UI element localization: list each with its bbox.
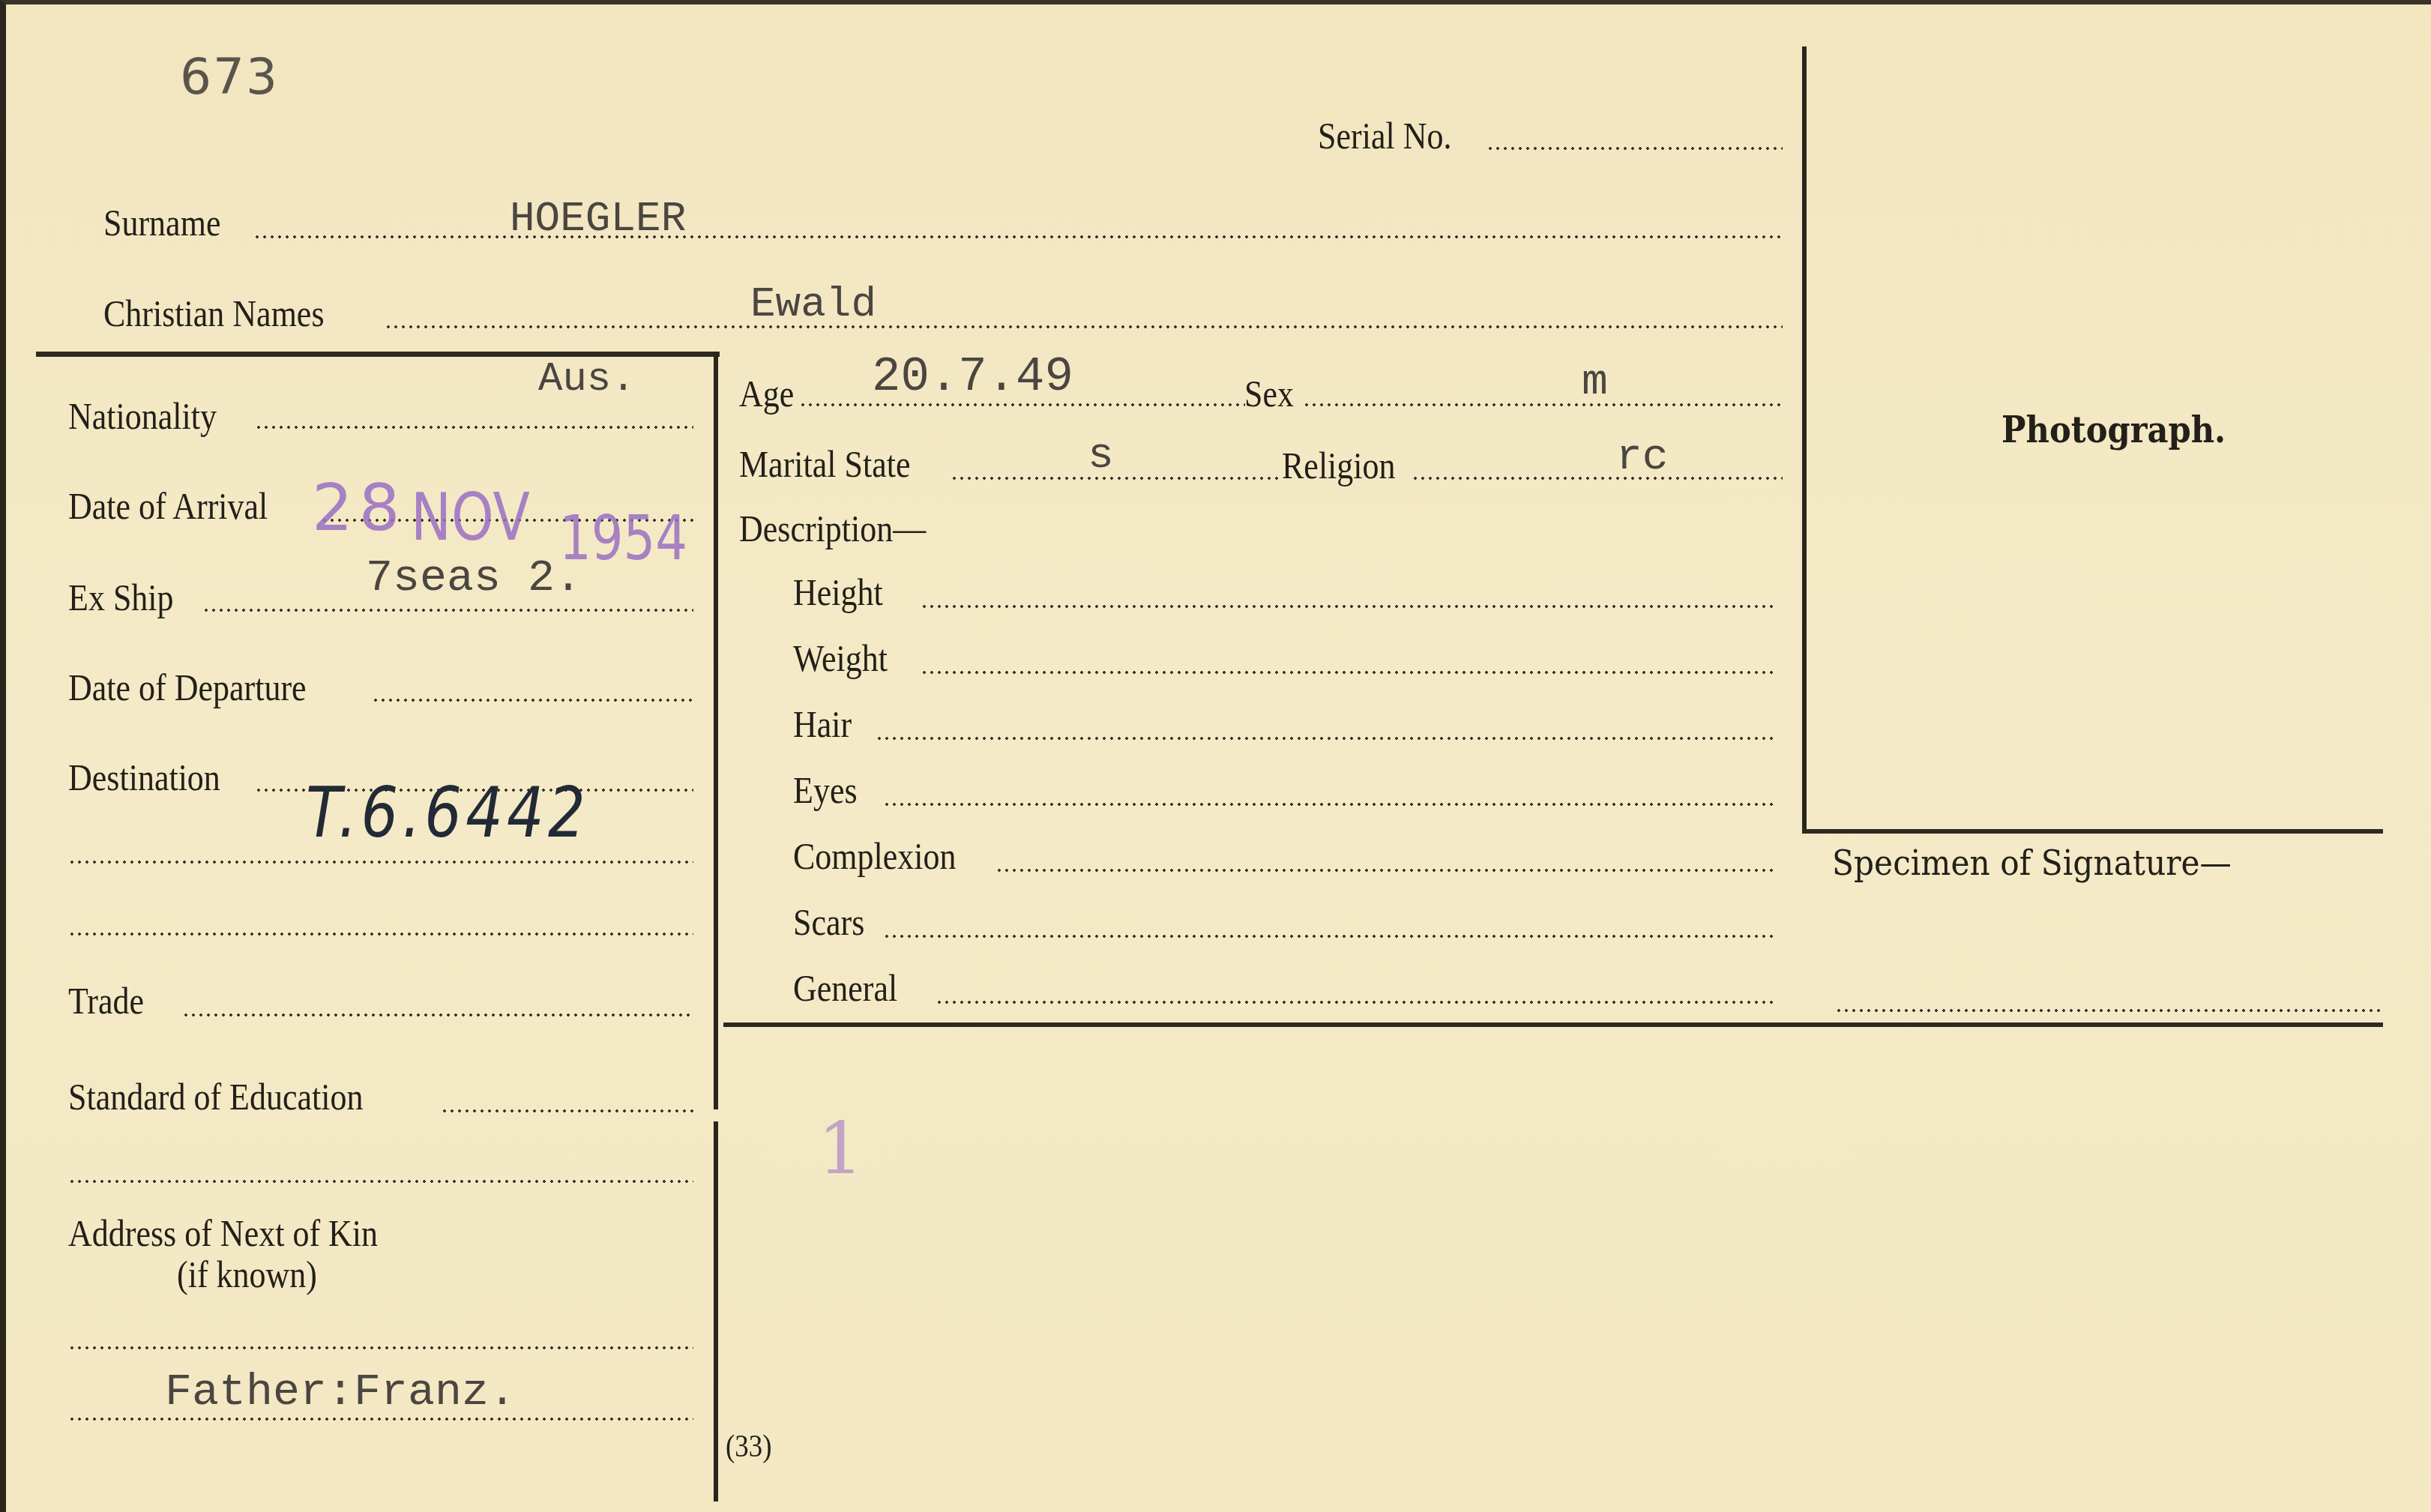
description-complexion-label: Complexion bbox=[793, 834, 957, 878]
signature-label: Specimen of Signature— bbox=[1832, 843, 2232, 883]
purple-mark: 1 bbox=[818, 1106, 864, 1190]
surname-value: HOEGLER bbox=[510, 195, 686, 243]
trade-label: Trade bbox=[68, 979, 144, 1022]
arrival-date-stamp-day: 28 bbox=[312, 471, 406, 546]
ex-ship-field[interactable] bbox=[202, 609, 693, 612]
destination-field-3[interactable] bbox=[68, 933, 693, 936]
description-eyes-label: Eyes bbox=[793, 768, 858, 812]
signature-field[interactable] bbox=[1835, 1009, 2382, 1012]
nationality-label: Nationality bbox=[68, 394, 217, 438]
next-of-kin-sublabel: (if known) bbox=[177, 1253, 317, 1296]
age-label: Age bbox=[739, 372, 794, 415]
photograph-box-bottom-border bbox=[1802, 829, 2383, 834]
description-label: Description— bbox=[739, 507, 926, 550]
surname-field[interactable] bbox=[253, 235, 1783, 238]
religion-label: Religion bbox=[1282, 444, 1396, 487]
description-weight-label: Weight bbox=[793, 636, 888, 680]
description-bottom-rule bbox=[723, 1022, 2383, 1027]
form-code: (33) bbox=[726, 1429, 772, 1465]
sex-field[interactable] bbox=[1303, 403, 1783, 406]
serial-no-label: Serial No. bbox=[1318, 114, 1451, 157]
description-hair-field[interactable] bbox=[876, 737, 1777, 740]
education-field-1[interactable] bbox=[441, 1109, 693, 1112]
education-label: Standard of Education bbox=[68, 1075, 363, 1118]
religion-value: rc bbox=[1616, 433, 1669, 482]
description-eyes-field[interactable] bbox=[883, 803, 1777, 806]
trade-field[interactable] bbox=[182, 1013, 693, 1016]
marital-state-value: s bbox=[1088, 432, 1114, 481]
description-weight-field[interactable] bbox=[921, 671, 1777, 674]
next-of-kin-value: Father:Franz. bbox=[165, 1367, 516, 1418]
description-hair-label: Hair bbox=[793, 702, 852, 746]
description-complexion-field[interactable] bbox=[995, 869, 1777, 872]
sex-value: m bbox=[1582, 358, 1608, 407]
christian-names-field[interactable] bbox=[385, 325, 1783, 328]
nationality-value: Aus. bbox=[538, 357, 636, 403]
card-number: 673 bbox=[180, 48, 279, 106]
sex-label: Sex bbox=[1244, 372, 1294, 415]
arrival-date-stamp-month: NOV bbox=[411, 478, 530, 555]
date-of-arrival-label: Date of Arrival bbox=[68, 484, 268, 528]
next-of-kin-field-1[interactable] bbox=[68, 1346, 693, 1349]
destination-label: Destination bbox=[68, 756, 220, 799]
marital-state-field[interactable] bbox=[951, 477, 1280, 480]
christian-names-value: Ewald bbox=[750, 280, 876, 328]
left-block-top-rule bbox=[36, 352, 720, 357]
left-column-divider bbox=[714, 352, 718, 1109]
age-value: 20.7.49 bbox=[872, 351, 1073, 405]
destination-value: T.6.6442 bbox=[306, 773, 589, 853]
description-height-label: Height bbox=[793, 570, 883, 614]
description-height-field[interactable] bbox=[921, 605, 1777, 608]
description-scars-field[interactable] bbox=[883, 935, 1777, 938]
serial-no-field[interactable] bbox=[1486, 147, 1783, 150]
date-of-departure-field[interactable] bbox=[372, 699, 693, 702]
description-scars-label: Scars bbox=[793, 900, 864, 944]
next-of-kin-label: Address of Next of Kin bbox=[68, 1211, 378, 1255]
photograph-area[interactable] bbox=[1807, 46, 2383, 829]
registration-card: 673 Serial No. Surname HOEGLER Christian… bbox=[0, 0, 2431, 1512]
surname-label: Surname bbox=[103, 201, 220, 244]
date-of-departure-label: Date of Departure bbox=[68, 666, 307, 709]
religion-field[interactable] bbox=[1412, 477, 1783, 480]
marital-state-label: Marital State bbox=[739, 442, 910, 486]
nationality-field[interactable] bbox=[255, 426, 693, 429]
ex-ship-label: Ex Ship bbox=[68, 576, 174, 619]
education-field-2[interactable] bbox=[68, 1180, 693, 1183]
description-general-field[interactable] bbox=[936, 1001, 1777, 1004]
left-column-divider-lower bbox=[714, 1121, 718, 1502]
next-of-kin-field-2[interactable] bbox=[68, 1418, 693, 1421]
destination-field-2[interactable] bbox=[68, 861, 693, 864]
description-general-label: General bbox=[793, 966, 897, 1010]
christian-names-label: Christian Names bbox=[103, 292, 325, 335]
ex-ship-value: 7seas 2. bbox=[366, 553, 582, 604]
